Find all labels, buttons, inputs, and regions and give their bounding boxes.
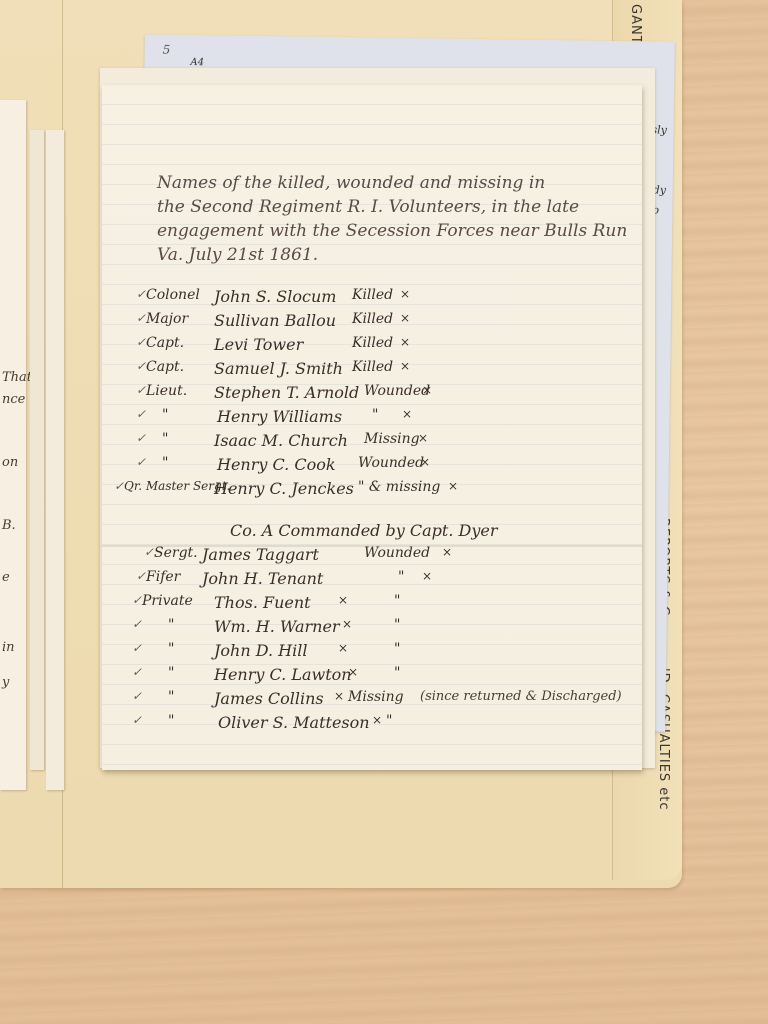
casualty-row: ✓ Capt. Samuel J. Smith Killed × — [102, 359, 642, 383]
soldier-name: John S. Slocum — [214, 287, 336, 306]
casualty-row: ✓ Major Sullivan Ballou Killed × — [102, 311, 642, 335]
heading-line: Va. July 21st 1861. — [157, 245, 318, 265]
rank: " — [162, 407, 168, 423]
check-mark-icon: ✓ — [136, 287, 146, 301]
casualty-row: ✓ " James Collins × Missing (since retur… — [102, 689, 642, 713]
cross-mark-icon: × — [400, 359, 410, 373]
sheet-mark: 5 — [163, 43, 171, 57]
rank: " — [168, 617, 174, 633]
heading-line: engagement with the Secession Forces nea… — [157, 221, 627, 241]
casualty-status: Wounded — [358, 455, 424, 471]
heading-line: the Second Regiment R. I. Volunteers, in… — [157, 197, 579, 217]
rank: Sergt. — [154, 545, 198, 561]
cross-mark-icon: × — [418, 431, 428, 445]
cross-mark-icon: × — [448, 479, 458, 493]
check-mark-icon: ✓ — [136, 335, 146, 349]
check-mark-icon: ✓ — [136, 359, 146, 373]
check-mark-icon: ✓ — [136, 311, 146, 325]
casualty-row: ✓ " Henry C. Cook Wounded × — [102, 455, 642, 479]
rank: Major — [146, 311, 188, 327]
cross-mark-icon: × — [400, 335, 410, 349]
rank: Lieut. — [146, 383, 187, 399]
casualty-row: ✓ " John D. Hill " × — [102, 641, 642, 665]
cross-mark-icon: × — [342, 617, 352, 631]
check-mark-icon: ✓ — [132, 665, 142, 679]
cross-mark-icon: × — [442, 545, 452, 559]
soldier-name: Henry C. Cook — [217, 455, 336, 474]
cross-mark-icon: × — [402, 407, 412, 421]
casualty-row: ✓ Qr. Master Sergt. Henry C. Jenckes " &… — [102, 479, 642, 503]
casualty-status: Killed — [352, 359, 393, 375]
casualty-row: ✓ Lieut. Stephen T. Arnold Wounded × — [102, 383, 642, 407]
rank: " — [168, 665, 174, 681]
paper-fragment-text: That — [2, 370, 32, 385]
cross-mark-icon: × — [348, 665, 358, 679]
soldier-name: James Collins — [214, 689, 324, 708]
soldier-name: Thos. Fuent — [214, 593, 311, 612]
casualty-row: ✓ " Wm. H. Warner " × — [102, 617, 642, 641]
soldier-name: Levi Tower — [214, 335, 303, 354]
soldier-name: Wm. H. Warner — [214, 617, 340, 636]
cross-mark-icon: × — [338, 641, 348, 655]
casualty-status: Missing — [364, 431, 420, 447]
casualty-row: ✓ " Henry Williams " × — [102, 407, 642, 431]
casualty-row: ✓ Colonel John S. Slocum Killed × — [102, 287, 642, 311]
soldier-name: James Taggart — [202, 545, 319, 564]
casualty-row: ✓ Private Thos. Fuent " × — [102, 593, 642, 617]
check-mark-icon: ✓ — [132, 713, 142, 727]
paper-fragment-text: B. — [2, 518, 16, 533]
soldier-name: Samuel J. Smith — [214, 359, 343, 378]
cross-mark-icon: × — [422, 569, 432, 583]
soldier-name: Isaac M. Church — [214, 431, 348, 450]
casualty-status: " — [394, 593, 400, 609]
cross-mark-icon: × — [372, 713, 382, 727]
casualty-status: " — [386, 713, 392, 729]
check-mark-icon: ✓ — [132, 593, 142, 607]
casualty-status: " & missing — [358, 479, 440, 495]
cross-mark-icon: × — [400, 287, 410, 301]
heading-line: Names of the killed, wounded and missing… — [157, 173, 545, 193]
casualty-row: ✓ Fifer John H. Tenant " × — [102, 569, 642, 593]
casualty-status: " — [372, 407, 378, 423]
rank: " — [168, 689, 174, 705]
soldier-name: Sullivan Ballou — [214, 311, 336, 330]
soldier-name: Henry Williams — [217, 407, 342, 426]
casualty-status: Wounded — [364, 383, 430, 399]
rank: Fifer — [146, 569, 180, 585]
rank: Capt. — [146, 359, 184, 375]
check-mark-icon: ✓ — [136, 407, 146, 421]
paper-fragment-text: nce — [2, 392, 25, 407]
casualty-status: Killed — [352, 287, 393, 303]
check-mark-icon: ✓ — [132, 617, 142, 631]
rank: Capt. — [146, 335, 184, 351]
casualty-status: " — [394, 617, 400, 633]
soldier-name: Henry C. Jenckes — [214, 479, 354, 498]
paper-fragment-text: in — [2, 640, 15, 655]
sheet-mark: A4 — [190, 57, 204, 68]
left-paper-sheet: That nce on B. e in y — [0, 100, 26, 790]
soldier-name: John D. Hill — [214, 641, 307, 660]
casualty-status: Missing — [348, 689, 404, 705]
cross-mark-icon: × — [334, 689, 344, 703]
casualty-row: ✓ Capt. Levi Tower Killed × — [102, 335, 642, 359]
company-heading: Co. A Commanded by Capt. Dyer — [230, 521, 497, 540]
check-mark-icon: ✓ — [132, 641, 142, 655]
casualty-status: " — [394, 665, 400, 681]
check-mark-icon: ✓ — [144, 545, 154, 559]
casualty-row: ✓ " Isaac M. Church Missing × — [102, 431, 642, 455]
cross-mark-icon: × — [338, 593, 348, 607]
rank: " — [162, 431, 168, 447]
soldier-name: Stephen T. Arnold — [214, 383, 359, 402]
cross-mark-icon: × — [422, 383, 432, 397]
rank: Colonel — [146, 287, 200, 303]
casualty-status: Killed — [352, 335, 393, 351]
paper-fragment-text: on — [2, 455, 18, 470]
casualty-status: Wounded — [364, 545, 430, 561]
check-mark-icon: ✓ — [132, 689, 142, 703]
left-paper-sheet — [30, 130, 44, 770]
casualty-list-document: Names of the killed, wounded and missing… — [102, 85, 642, 770]
rank: " — [168, 713, 174, 729]
check-mark-icon: ✓ — [136, 455, 146, 469]
casualty-status: " — [398, 569, 404, 585]
rank: " — [168, 641, 174, 657]
paper-fragment-text: y — [2, 675, 9, 690]
left-paper-stack: That nce on B. e in y — [0, 20, 70, 800]
soldier-name: Oliver S. Matteson — [218, 713, 370, 732]
check-mark-icon: ✓ — [136, 431, 146, 445]
left-paper-sheet — [46, 130, 64, 790]
cross-mark-icon: × — [420, 455, 430, 469]
casualty-status: " — [394, 641, 400, 657]
casualty-note: (since returned & Discharged) — [420, 689, 622, 704]
casualty-row: ✓ " Henry C. Lawton " × — [102, 665, 642, 689]
soldier-name: John H. Tenant — [202, 569, 323, 588]
check-mark-icon: ✓ — [114, 479, 124, 493]
casualty-row: ✓ " Oliver S. Matteson × " — [102, 713, 642, 737]
casualty-row: ✓ Sergt. James Taggart Wounded × — [102, 545, 642, 569]
cross-mark-icon: × — [400, 311, 410, 325]
check-mark-icon: ✓ — [136, 383, 146, 397]
soldier-name: Henry C. Lawton — [214, 665, 352, 684]
casualty-status: Killed — [352, 311, 393, 327]
paper-fragment-text: e — [2, 570, 10, 585]
rank: " — [162, 455, 168, 471]
rank: Private — [142, 593, 193, 609]
check-mark-icon: ✓ — [136, 569, 146, 583]
